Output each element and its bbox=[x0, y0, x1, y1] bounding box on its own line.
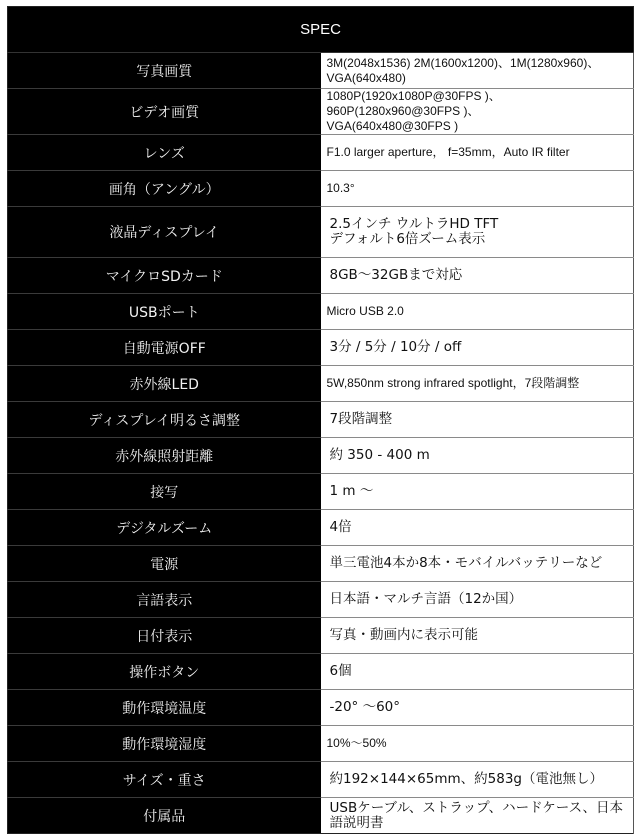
spec-value: Micro USB 2.0 bbox=[321, 294, 634, 330]
spec-row: 電源単三電池4本か8本・モバイルバッテリーなど bbox=[8, 546, 634, 582]
spec-row: ビデオ画質1080P(1920x1080P@30FPS )、960P(1280x… bbox=[8, 89, 634, 135]
spec-label: 操作ボタン bbox=[8, 654, 321, 690]
spec-label: 電源 bbox=[8, 546, 321, 582]
spec-label: 動作環境温度 bbox=[8, 690, 321, 726]
spec-value: 日本語・マルチ言語（12か国） bbox=[321, 582, 634, 618]
spec-value: 3M(2048x1536) 2M(1600x1200)、1M(1280x960)… bbox=[321, 53, 634, 89]
spec-value: 7段階調整 bbox=[321, 402, 634, 438]
spec-label: レンズ bbox=[8, 135, 321, 171]
spec-row: 動作環境温度-20° ～60° bbox=[8, 690, 634, 726]
spec-label: 赤外線照射距離 bbox=[8, 438, 321, 474]
spec-label: 日付表示 bbox=[8, 618, 321, 654]
spec-row: 画角（アングル）10.3° bbox=[8, 171, 634, 207]
spec-table: SPEC 写真画質3M(2048x1536) 2M(1600x1200)、1M(… bbox=[7, 6, 634, 834]
spec-label: 言語表示 bbox=[8, 582, 321, 618]
spec-value: 約 350 - 400 m bbox=[321, 438, 634, 474]
spec-value: 3分 / 5分 / 10分 / off bbox=[321, 330, 634, 366]
spec-row: 液晶ディスプレイ2.5インチ ウルトラHD TFT デフォルト6倍ズーム表示 bbox=[8, 207, 634, 258]
spec-row: 操作ボタン6個 bbox=[8, 654, 634, 690]
spec-label: 液晶ディスプレイ bbox=[8, 207, 321, 258]
spec-row: USBポートMicro USB 2.0 bbox=[8, 294, 634, 330]
spec-row: 自動電源OFF3分 / 5分 / 10分 / off bbox=[8, 330, 634, 366]
spec-label: USBポート bbox=[8, 294, 321, 330]
spec-body: 写真画質3M(2048x1536) 2M(1600x1200)、1M(1280x… bbox=[8, 53, 634, 834]
spec-value: 2.5インチ ウルトラHD TFT デフォルト6倍ズーム表示 bbox=[321, 207, 634, 258]
spec-label: 画角（アングル） bbox=[8, 171, 321, 207]
spec-label: 動作環境湿度 bbox=[8, 726, 321, 762]
spec-row: 写真画質3M(2048x1536) 2M(1600x1200)、1M(1280x… bbox=[8, 53, 634, 89]
spec-value: 1080P(1920x1080P@30FPS )、960P(1280x960@3… bbox=[321, 89, 634, 135]
spec-label: ディスプレイ明るさ調整 bbox=[8, 402, 321, 438]
spec-value: 10%～50% bbox=[321, 726, 634, 762]
spec-label: 赤外線LED bbox=[8, 366, 321, 402]
spec-row: レンズF1.0 larger aperture， f=35mm，Auto IR … bbox=[8, 135, 634, 171]
spec-row: 言語表示日本語・マルチ言語（12か国） bbox=[8, 582, 634, 618]
spec-label: マイクロSDカード bbox=[8, 258, 321, 294]
spec-row: ディスプレイ明るさ調整7段階調整 bbox=[8, 402, 634, 438]
spec-row: サイズ・重さ約192×144×65mm、約583g（電池無し） bbox=[8, 762, 634, 798]
spec-row: 付属品USBケーブル、ストラップ、ハードケース、日本語説明書 bbox=[8, 798, 634, 834]
spec-value: -20° ～60° bbox=[321, 690, 634, 726]
spec-value: 10.3° bbox=[321, 171, 634, 207]
spec-row: 日付表示写真・動画内に表示可能 bbox=[8, 618, 634, 654]
spec-value: 4倍 bbox=[321, 510, 634, 546]
spec-value: 6個 bbox=[321, 654, 634, 690]
spec-row: 動作環境湿度10%～50% bbox=[8, 726, 634, 762]
spec-value: 8GB～32GBまで対応 bbox=[321, 258, 634, 294]
spec-row: 赤外線照射距離約 350 - 400 m bbox=[8, 438, 634, 474]
spec-label: 写真画質 bbox=[8, 53, 321, 89]
spec-row: デジタルズーム4倍 bbox=[8, 510, 634, 546]
spec-label: 接写 bbox=[8, 474, 321, 510]
spec-row: マイクロSDカード8GB～32GBまで対応 bbox=[8, 258, 634, 294]
spec-value: 1 m ～ bbox=[321, 474, 634, 510]
spec-label: 付属品 bbox=[8, 798, 321, 834]
spec-value: 単三電池4本か8本・モバイルバッテリーなど bbox=[321, 546, 634, 582]
spec-value: USBケーブル、ストラップ、ハードケース、日本語説明書 bbox=[321, 798, 634, 834]
spec-value: 約192×144×65mm、約583g（電池無し） bbox=[321, 762, 634, 798]
spec-label: 自動電源OFF bbox=[8, 330, 321, 366]
spec-row: 赤外線LED5W,850nm strong infrared spotlight… bbox=[8, 366, 634, 402]
spec-title: SPEC bbox=[8, 7, 634, 53]
spec-value: 5W,850nm strong infrared spotlight，7段階調整 bbox=[321, 366, 634, 402]
spec-label: デジタルズーム bbox=[8, 510, 321, 546]
spec-value: 写真・動画内に表示可能 bbox=[321, 618, 634, 654]
spec-row: 接写1 m ～ bbox=[8, 474, 634, 510]
spec-value: F1.0 larger aperture， f=35mm，Auto IR fil… bbox=[321, 135, 634, 171]
spec-label: ビデオ画質 bbox=[8, 89, 321, 135]
spec-label: サイズ・重さ bbox=[8, 762, 321, 798]
